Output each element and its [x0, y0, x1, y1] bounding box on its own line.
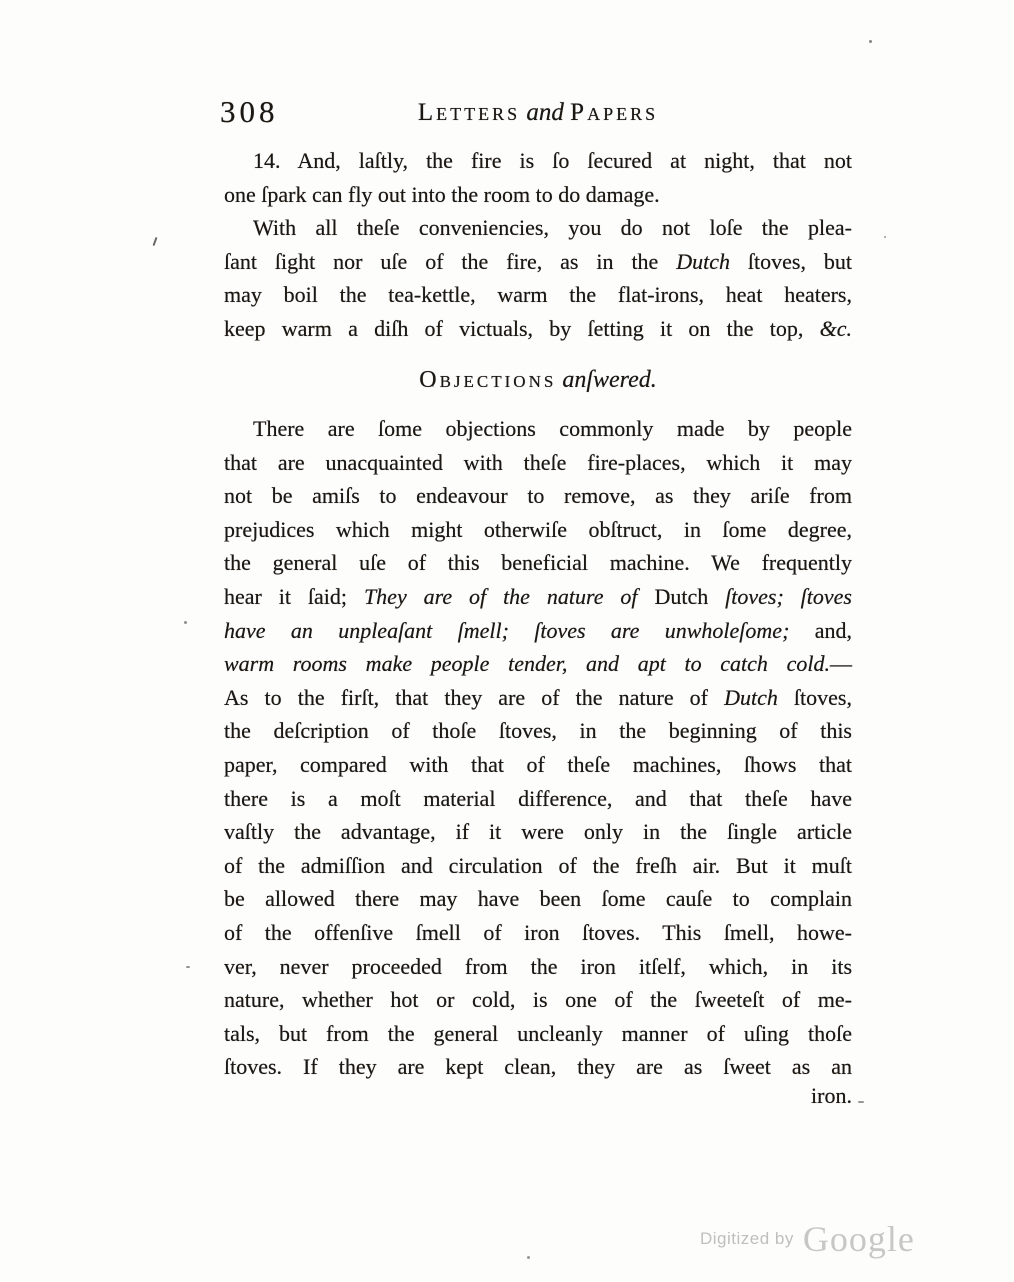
text-segment: be allowed there may have been ſome cauſ… — [224, 886, 852, 911]
text-segment: that are unacquainted with theſe fire-pl… — [224, 450, 852, 475]
text-segment: ſtoves, but — [730, 249, 852, 274]
catchword: iron. — [224, 1083, 852, 1109]
text-line: nature, whether hot or cold, is one of t… — [224, 983, 852, 1017]
google-logo: Google — [803, 1218, 915, 1260]
text-segment: the deſcription of thoſe ſtoves, in the … — [224, 718, 852, 743]
text-line: the deſcription of thoſe ſtoves, in the … — [224, 714, 852, 748]
text-segment: — — [830, 651, 852, 676]
text-line: vaſtly the advantage, if it were only in… — [224, 815, 852, 849]
paragraph-2: There are ſome objections commonly made … — [224, 412, 852, 1084]
text-segment: Dutch — [654, 584, 725, 609]
text-line: ver, never proceeded from the iron itſel… — [224, 950, 852, 984]
paragraph-1: 14. And, laſtly, the fire is ſo ſecured … — [224, 144, 852, 346]
scan-speck — [858, 1101, 864, 1103]
text-segment: 14. And, laſtly, the fire is ſo ſecured … — [253, 148, 852, 173]
scan-speck — [184, 621, 187, 624]
text-segment: tals, but from the general uncleanly man… — [224, 1021, 852, 1046]
text-line: there is a moſt material difference, and… — [224, 782, 852, 816]
text-segment: ſtoves, — [778, 685, 852, 710]
text-segment: ſant ſight nor uſe of the fire, as in th… — [224, 249, 676, 274]
text-segment: &c. — [820, 316, 852, 341]
watermark-prefix: Digitized by — [700, 1229, 794, 1249]
text-line: may boil the tea-kettle, warm the flat-i… — [224, 278, 852, 312]
text-segment: anſwered. — [556, 367, 656, 393]
text-line: ſant ſight nor uſe of the fire, as in th… — [224, 245, 852, 279]
scan-speck — [884, 236, 886, 238]
text-segment: ſtoves. If they are kept clean, they are… — [224, 1054, 852, 1079]
text-line: of the admiſſion and circulation of the … — [224, 849, 852, 883]
text-segment: Dutch — [724, 685, 778, 710]
text-segment: keep warm a diſh of victuals, by ſetting… — [224, 316, 820, 341]
text-line: have an unpleaſant ſmell; ſtoves are unw… — [224, 614, 852, 648]
text-segment: and, — [815, 618, 852, 643]
section-heading: Objections anſwered. — [224, 367, 852, 394]
scan-speck — [153, 237, 158, 246]
text-segment: ſtoves; ſtoves — [725, 584, 852, 609]
text-segment: warm rooms make people tender, and apt t… — [224, 651, 830, 676]
text-segment: With all theſe conveniencies, you do not… — [253, 215, 852, 240]
scanned-book-page: 308 Letters and Papers 14. And, laſtly, … — [0, 0, 1014, 1282]
text-segment: Objections — [419, 367, 556, 393]
text-line: 14. And, laſtly, the fire is ſo ſecured … — [224, 144, 852, 178]
text-segment: have an unpleaſant ſmell; ſtoves are unw… — [224, 618, 815, 643]
text-segment: There are ſome objections commonly made … — [253, 416, 852, 441]
text-line: keep warm a diſh of victuals, by ſetting… — [224, 312, 852, 346]
text-line: There are ſome objections commonly made … — [224, 412, 852, 446]
text-line: one ſpark can fly out into the room to d… — [224, 178, 852, 212]
text-segment: Dutch — [676, 249, 730, 274]
text-segment: the general uſe of this beneficial machi… — [224, 550, 852, 575]
text-line: tals, but from the general uncleanly man… — [224, 1017, 852, 1051]
text-segment: Papers — [570, 99, 658, 126]
text-line: As to the firſt, that they are of the na… — [224, 681, 852, 715]
text-segment: ver, never proceeded from the iron itſel… — [224, 954, 852, 979]
text-segment: prejudices which might otherwiſe obſtruc… — [224, 517, 852, 542]
text-segment: there is a moſt material difference, and… — [224, 786, 852, 811]
scan-speck — [186, 966, 190, 968]
text-line: hear it ſaid; They are of the nature of … — [224, 580, 852, 614]
text-line: paper, compared with that of theſe machi… — [224, 748, 852, 782]
text-segment: of the offenſive ſmell of iron ſtoves. T… — [224, 920, 852, 945]
text-line: the general uſe of this beneficial machi… — [224, 546, 852, 580]
text-segment: hear it ſaid; — [224, 584, 364, 609]
text-segment: may boil the tea-kettle, warm the flat-i… — [224, 282, 852, 307]
text-segment: of the admiſſion and circulation of the … — [224, 853, 852, 878]
running-header: Letters and Papers — [224, 99, 852, 127]
scan-speck — [432, 385, 434, 387]
text-line: prejudices which might otherwiſe obſtruc… — [224, 513, 852, 547]
text-line: warm rooms make people tender, and apt t… — [224, 647, 852, 681]
google-watermark: Digitized by Google — [700, 1218, 915, 1260]
text-line: of the offenſive ſmell of iron ſtoves. T… — [224, 916, 852, 950]
text-segment: Letters — [418, 99, 520, 126]
text-line: be allowed there may have been ſome cauſ… — [224, 882, 852, 916]
text-segment: one ſpark can fly out into the room to d… — [224, 182, 660, 207]
text-line: With all theſe conveniencies, you do not… — [224, 211, 852, 245]
text-line: ſtoves. If they are kept clean, they are… — [224, 1050, 852, 1084]
text-segment: As to the firſt, that they are of the na… — [224, 685, 724, 710]
text-segment: nature, whether hot or cold, is one of t… — [224, 987, 852, 1012]
text-segment: not be amiſs to endeavour to remove, as … — [224, 483, 852, 508]
text-line: not be amiſs to endeavour to remove, as … — [224, 479, 852, 513]
text-line: that are unacquainted with theſe fire-pl… — [224, 446, 852, 480]
text-segment: paper, compared with that of theſe machi… — [224, 752, 852, 777]
text-segment: and — [520, 99, 570, 126]
text-segment: They are of the nature of — [364, 584, 655, 609]
scan-speck — [869, 40, 872, 43]
scan-speck — [527, 1256, 530, 1259]
text-segment: vaſtly the advantage, if it were only in… — [224, 819, 852, 844]
